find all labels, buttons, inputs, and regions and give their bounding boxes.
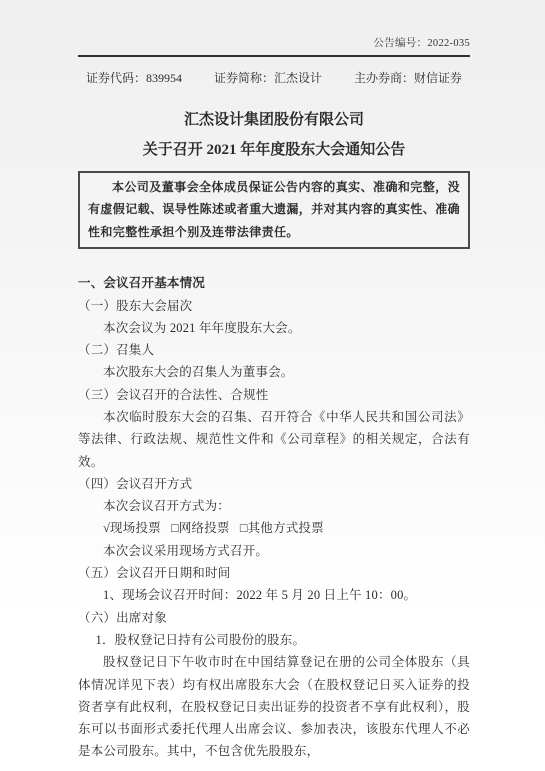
security-short-name: 证券简称：汇杰设计 bbox=[214, 70, 322, 86]
item-4-heading: （四）会议召开方式 bbox=[78, 473, 470, 495]
item-3-text: 本次临时股东大会的召集、召开符合《中华人民共和国公司法》等法律、行政法规、规范性… bbox=[78, 406, 470, 473]
announcement-title: 关于召开 2021 年年度股东大会通知公告 bbox=[78, 140, 470, 160]
vote-options-row: √现场投票 □网络投票 □其他方式投票 bbox=[78, 517, 470, 539]
item-6-point-1: 1．股权登记日持有公司股份的股东。 bbox=[78, 629, 470, 651]
item-2-text: 本次股东大会的召集人为董事会。 bbox=[78, 361, 470, 383]
announcement-number: 公告编号：2022-035 bbox=[78, 36, 470, 51]
disclaimer-box: 本公司及董事会全体成员保证公告内容的真实、准确和完整，没有虚假记载、误导性陈述或… bbox=[78, 171, 470, 249]
online-vote-option-unchecked: □网络投票 bbox=[171, 521, 230, 535]
item-6-text: 股权登记日下午收市时在中国结算登记在册的公司全体股东（具体情况详见下表）均有权出… bbox=[78, 651, 470, 762]
document-body: 一、会议召开基本情况 （一）股东大会届次 本次会议为 2021 年年度股东大会。… bbox=[78, 272, 470, 763]
company-name-title: 汇杰设计集团股份有限公司 bbox=[78, 110, 470, 130]
sponsor-broker: 主办券商：财信证券 bbox=[354, 70, 462, 86]
item-4-note: 本次会议采用现场方式召开。 bbox=[78, 540, 470, 562]
item-1-text: 本次会议为 2021 年年度股东大会。 bbox=[78, 317, 470, 339]
section-1-heading: 一、会议召开基本情况 bbox=[78, 272, 470, 294]
security-code: 证券代码：839954 bbox=[86, 70, 182, 86]
onsite-vote-option-checked: √现场投票 bbox=[103, 521, 161, 535]
item-5-heading: （五）会议召开日期和时间 bbox=[78, 562, 470, 584]
item-4-intro: 本次会议召开方式为： bbox=[78, 495, 470, 517]
securities-info-row: 证券代码：839954 证券简称：汇杰设计 主办券商：财信证券 bbox=[78, 70, 470, 86]
item-5-text: 1、现场会议召开时间：2022 年 5 月 20 日上午 10：00。 bbox=[78, 584, 470, 606]
item-2-heading: （二）召集人 bbox=[78, 339, 470, 361]
header-rule bbox=[78, 55, 470, 57]
other-vote-option-unchecked: □其他方式投票 bbox=[240, 521, 324, 535]
item-1-heading: （一）股东大会届次 bbox=[78, 295, 470, 317]
item-3-heading: （三）会议召开的合法性、合规性 bbox=[78, 384, 470, 406]
item-6-heading: （六）出席对象 bbox=[78, 607, 470, 629]
disclaimer-text: 本公司及董事会全体成员保证公告内容的真实、准确和完整，没有虚假记载、误导性陈述或… bbox=[88, 176, 460, 243]
document-page: 公告编号：2022-035 证券代码：839954 证券简称：汇杰设计 主办券商… bbox=[0, 0, 545, 771]
